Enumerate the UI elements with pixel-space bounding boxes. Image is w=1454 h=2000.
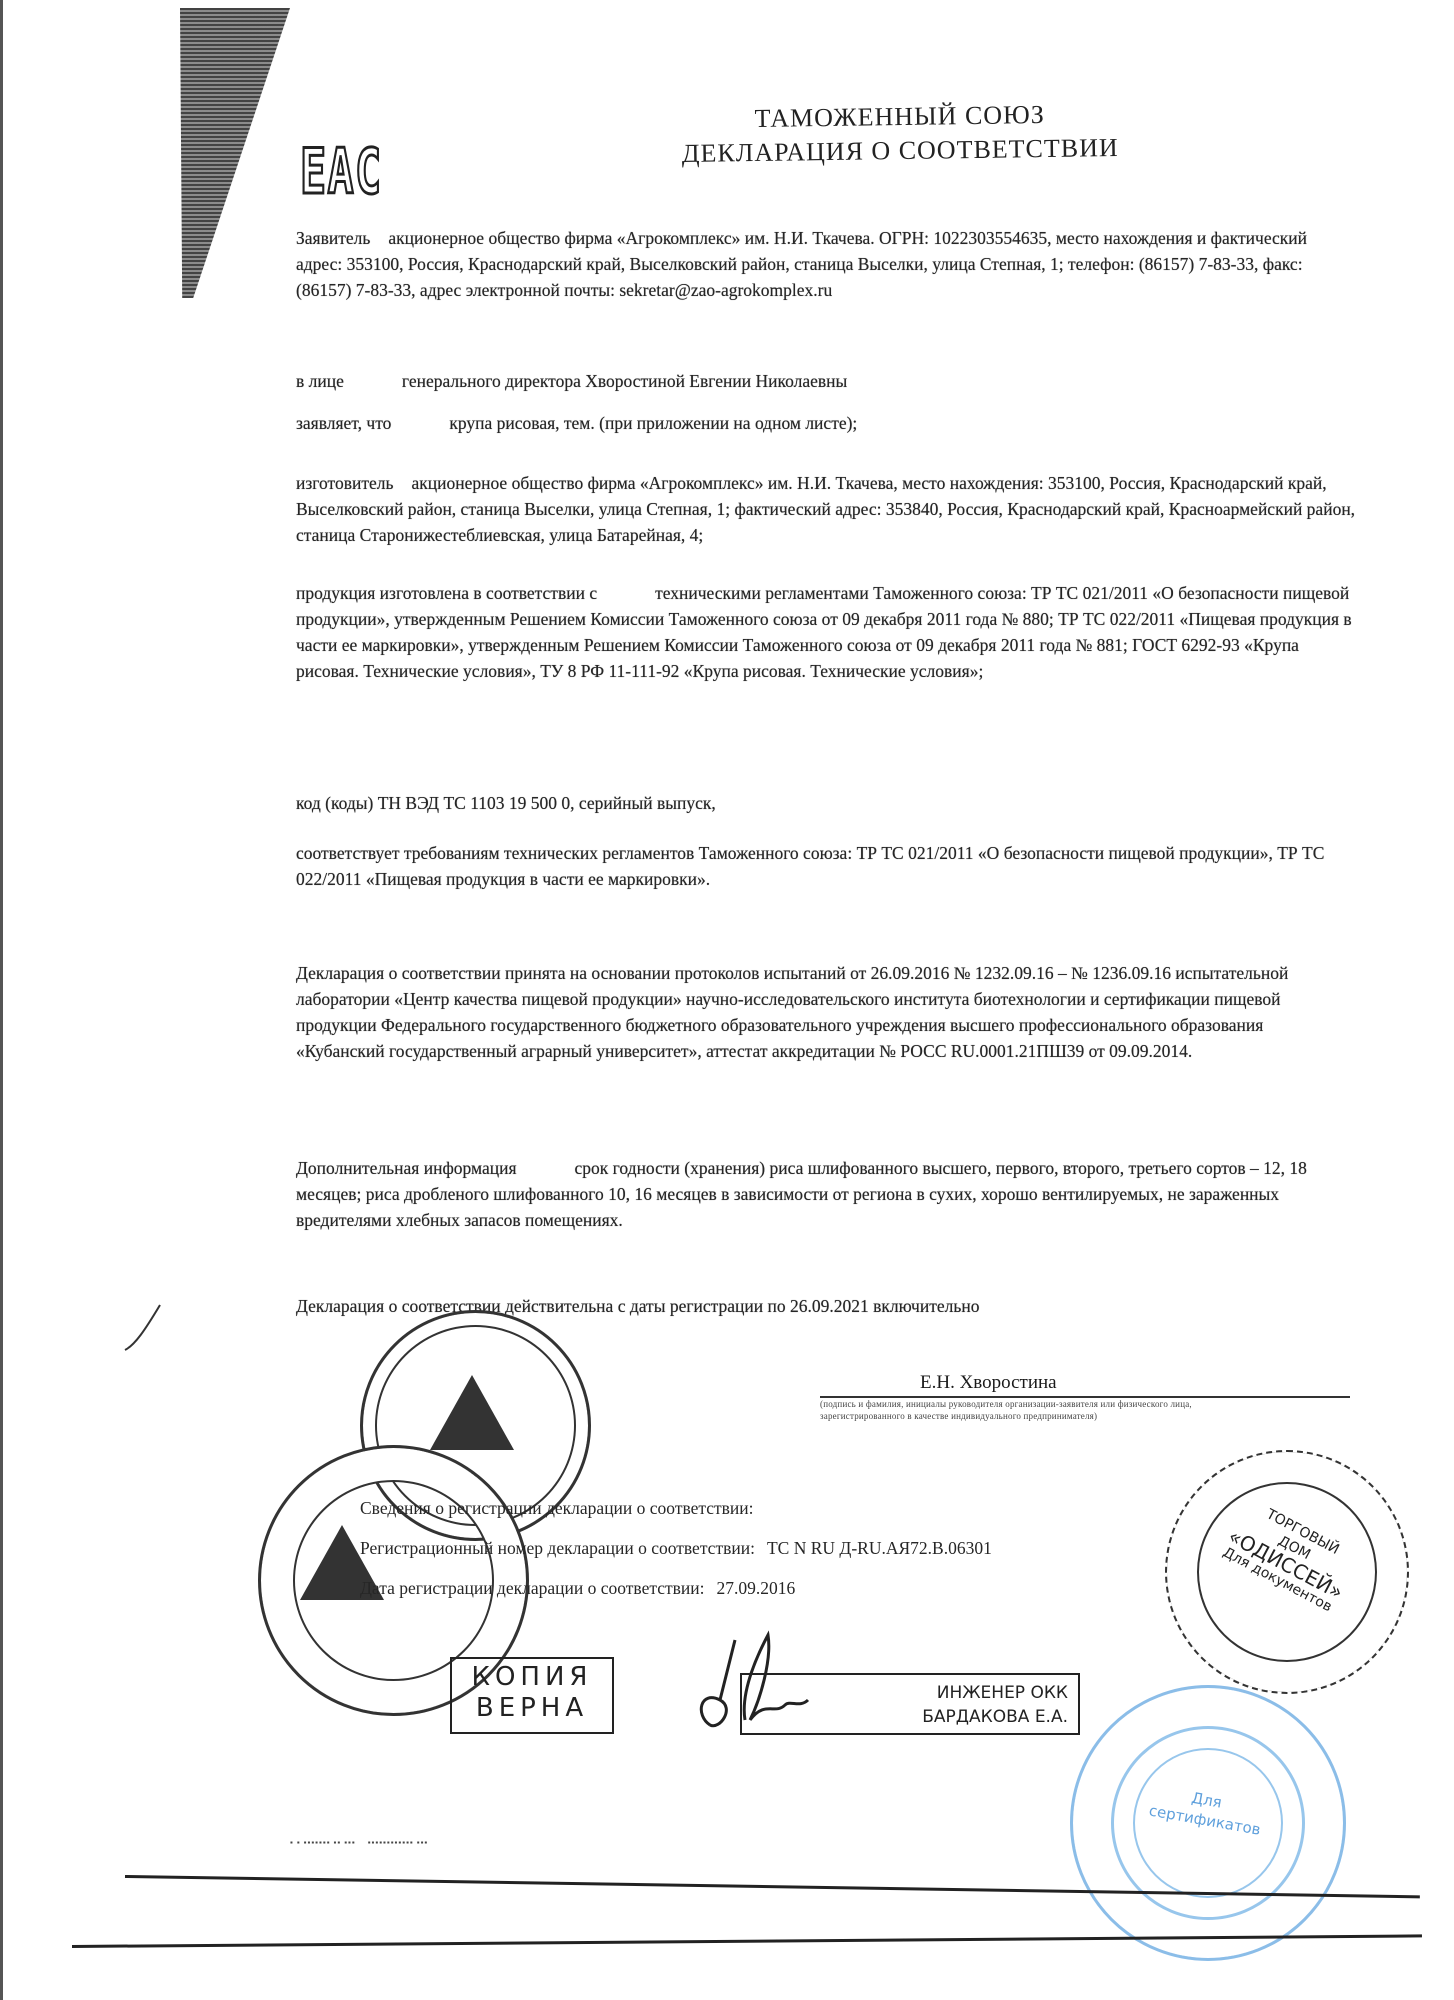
manufacturer-label: изготовитель (296, 473, 393, 493)
produced-per-label: продукция изготовлена в соответствии с (296, 583, 597, 603)
produced-per-section: продукция изготовлена в соответствии сте… (296, 580, 1356, 684)
applicant-section: Заявительакционерное общество фирма «Агр… (296, 225, 1356, 303)
registration-number-label: Регистрационный номер декларации о соотв… (360, 1538, 755, 1558)
page-edge (0, 0, 3, 2000)
eac-logo-icon: EAC (300, 135, 383, 208)
applicant-label: Заявитель (296, 228, 370, 248)
declares-text: крупа рисовая, тем. (при приложении на о… (449, 413, 857, 433)
registration-date-label: Дата регистрации декларации о соответств… (360, 1578, 704, 1598)
manufacturer-text: акционерное общество фирма «Агрокомплекс… (296, 473, 1355, 545)
registration-date-value: 27.09.2016 (716, 1578, 795, 1598)
represented-by-section: в лицегенерального директора Хворостиной… (296, 368, 1356, 394)
document-title: ТАМОЖЕННЫЙ СОЮЗ ДЕКЛАРАЦИЯ О СООТВЕТСТВИ… (600, 96, 1201, 172)
engineer-stamp-line-2: БАРДАКОВА Е.А. (742, 1705, 1068, 1729)
copy-certified-stamp: КОПИЯ ВЕРНА (450, 1657, 614, 1734)
additional-info-section: Дополнительная информациясрок годности (… (296, 1155, 1356, 1233)
registration-info-label: Сведения о регистрации декларации о соот… (360, 1488, 1160, 1528)
complies-section: соответствует требованиям технических ре… (296, 840, 1356, 892)
pen-mark-icon (120, 1300, 180, 1360)
declares-label: заявляет, что (296, 413, 391, 433)
validity-text: Декларация о соответствии действительна … (296, 1296, 979, 1316)
registration-number-value: ТС N RU Д-RU.АЯ72.В.06301 (767, 1538, 992, 1558)
manufacturer-section: изготовительакционерное общество фирма «… (296, 470, 1356, 548)
seal-triangle-icon (430, 1375, 514, 1450)
basis-text: Декларация о соответствии принята на осн… (296, 963, 1288, 1061)
engineer-stamp-line-1: ИНЖЕНЕР ОКК (742, 1681, 1068, 1705)
hs-code-section: код (коды) ТН ВЭД ТС 1103 19 500 0, сери… (296, 790, 1356, 816)
hs-code-text: код (коды) ТН ВЭД ТС 1103 19 500 0, сери… (296, 793, 716, 813)
copy-stamp-line-1: КОПИЯ (452, 1662, 612, 1693)
copy-stamp-line-2: ВЕРНА (452, 1693, 612, 1724)
represented-by-label: в лице (296, 371, 344, 391)
scan-artifact (180, 8, 290, 298)
represented-by-text: генерального директора Хворостиной Евген… (402, 371, 847, 391)
signatory-block: Е.Н. Хворостина (подпись и фамилия, иниц… (820, 1372, 1350, 1422)
additional-info-label: Дополнительная информация (296, 1158, 517, 1178)
registration-section: Сведения о регистрации декларации о соот… (360, 1488, 1160, 1608)
complies-text: соответствует требованиям технических ре… (296, 843, 1324, 889)
applicant-text: акционерное общество фирма «Агрокомплекс… (296, 228, 1307, 300)
signatory-caption-1: (подпись и фамилия, инициалы руководител… (820, 1398, 1350, 1410)
declares-section: заявляет, чтокрупа рисовая, тем. (при пр… (296, 410, 1356, 436)
basis-section: Декларация о соответствии принята на осн… (296, 960, 1356, 1064)
engineer-stamp: ИНЖЕНЕР ОКК БАРДАКОВА Е.А. (740, 1673, 1080, 1735)
signatory-caption-2: зарегистрированного в качестве индивидуа… (820, 1410, 1350, 1422)
title-line-2: ДЕКЛАРАЦИЯ О СООТВЕТСТВИИ (600, 130, 1200, 172)
footer-scan-fragment: ▪ ▪ ▪▪▪▪▪▪▪ ▪▪ ▪▪▪ ▪▪▪▪▪▪▪▪▪▪▪▪ ▪▪▪ (290, 1838, 428, 1847)
signatory-name: Е.Н. Хворостина (920, 1372, 1350, 1394)
